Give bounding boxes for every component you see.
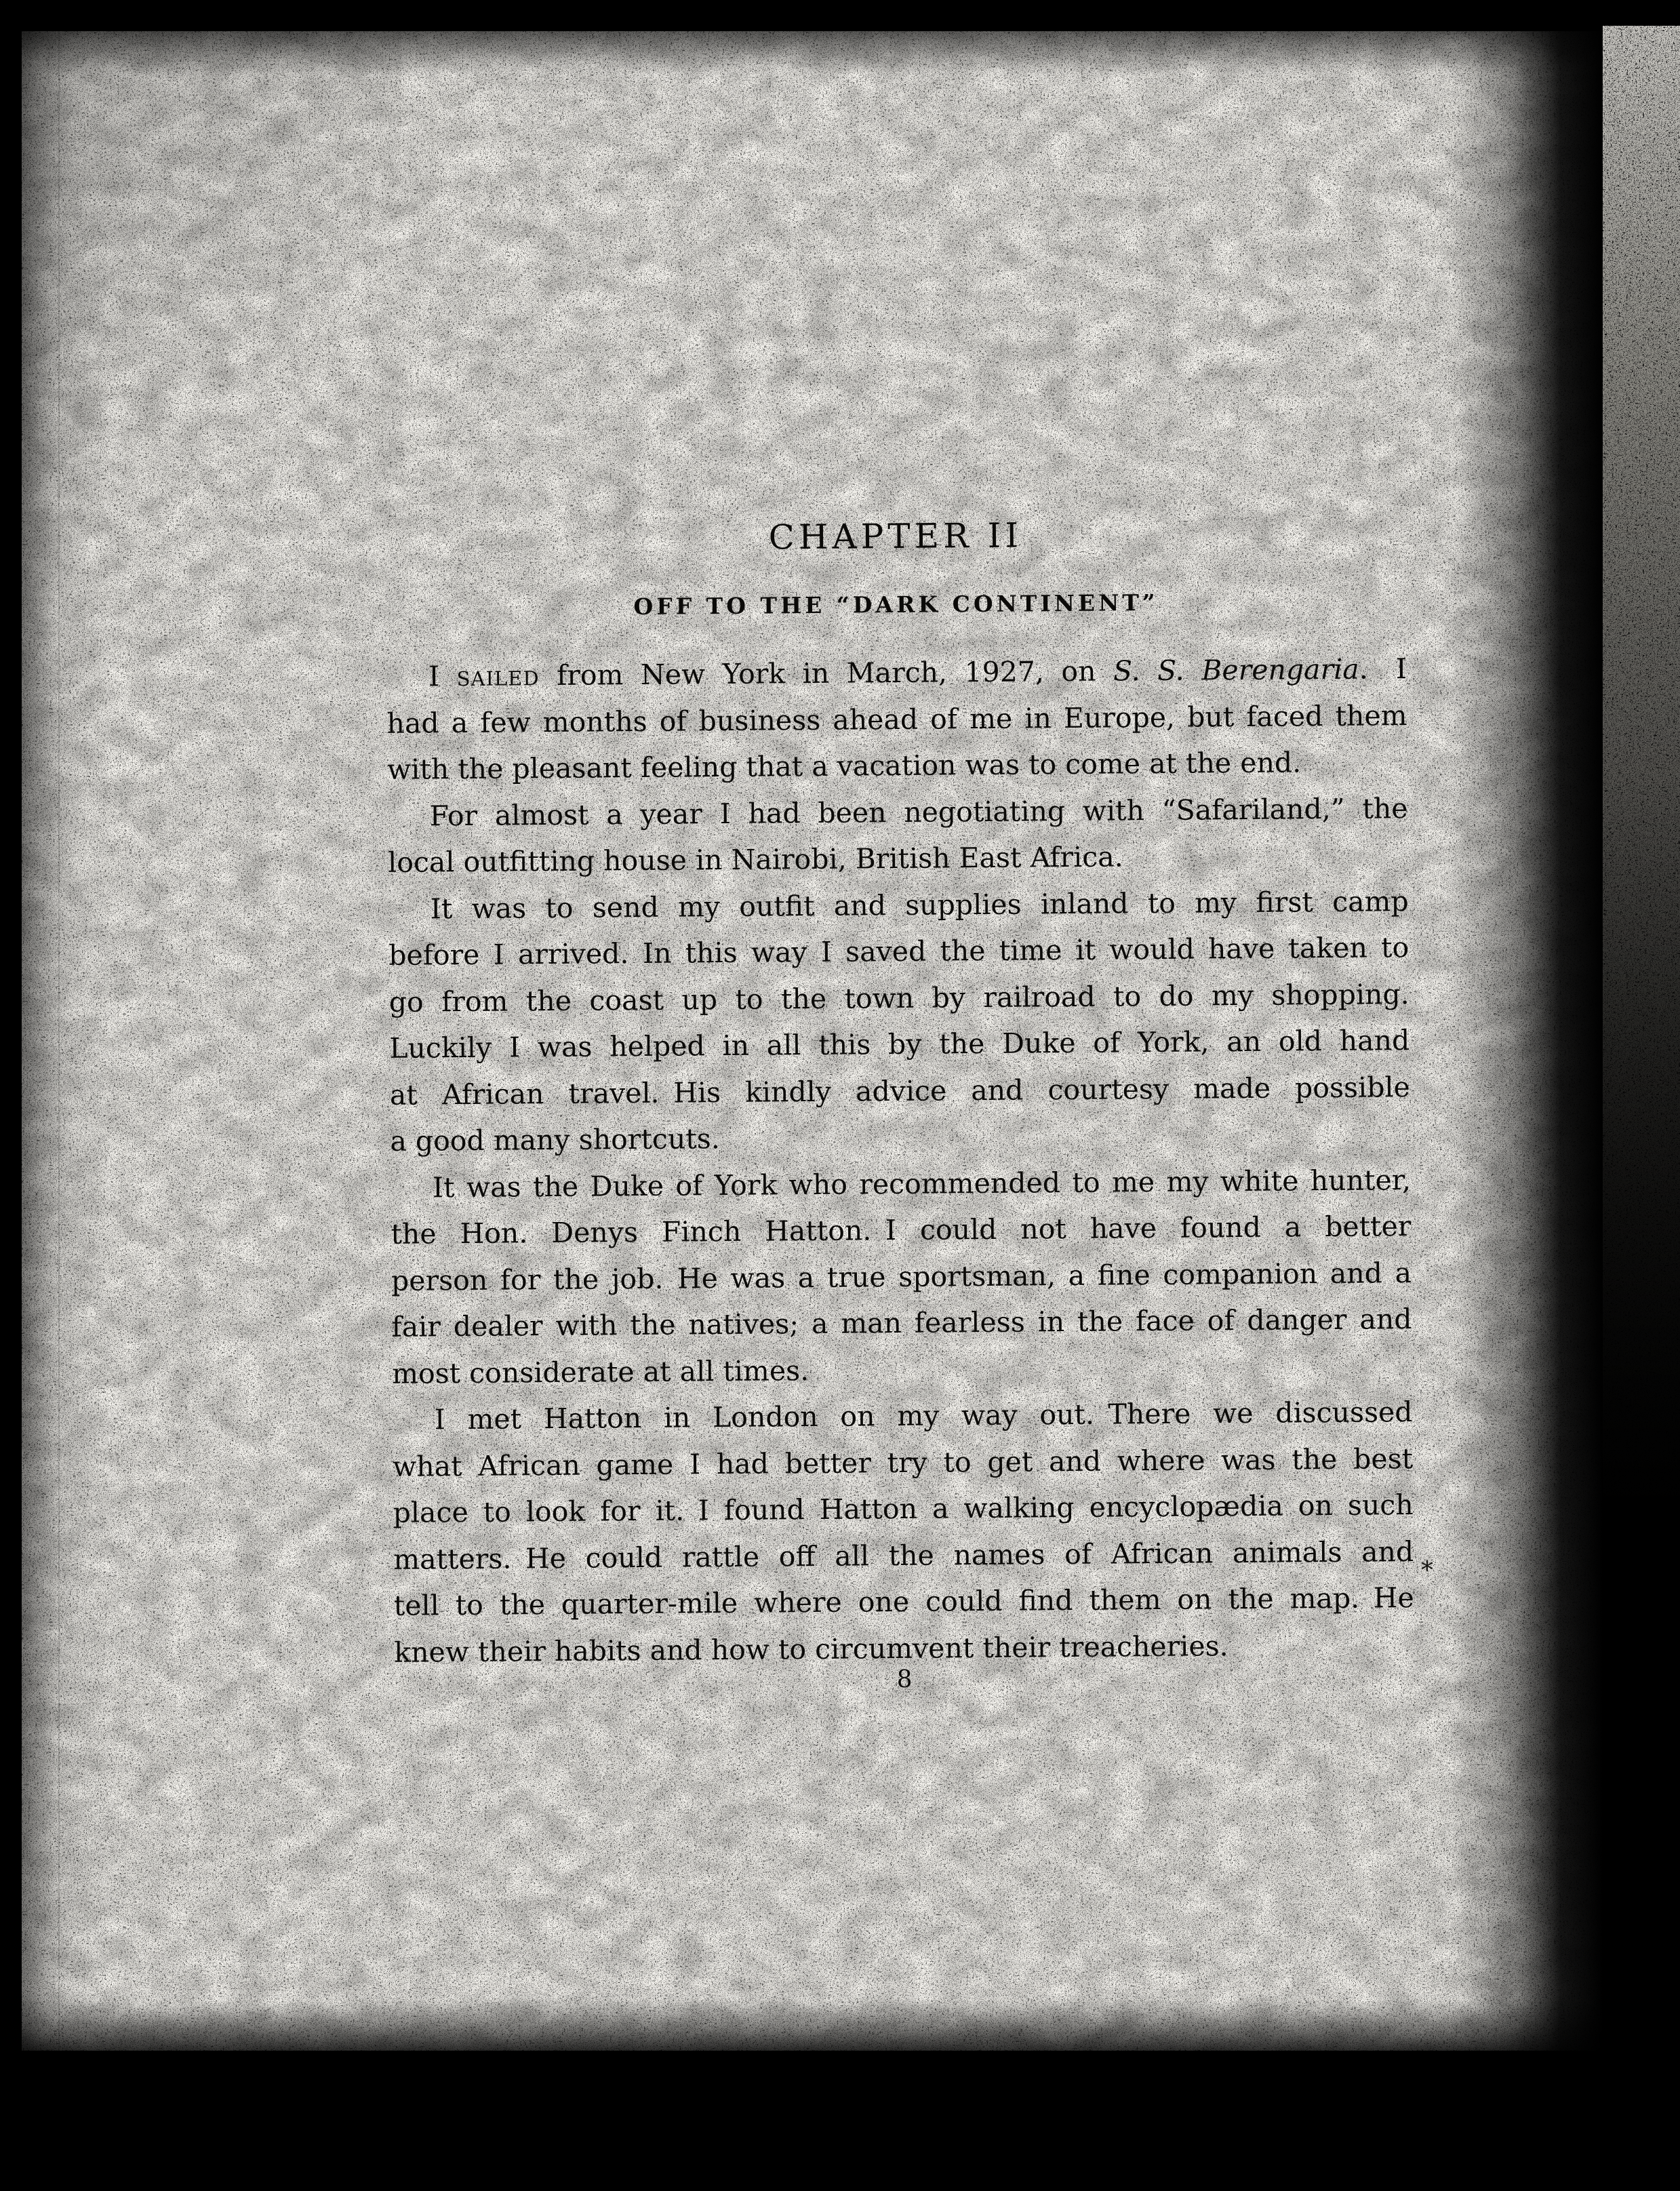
text-line: I met Hatton in London on my way out. Th… xyxy=(392,1389,1412,1443)
text-line: had a few months of business ahead of me… xyxy=(386,692,1407,747)
text-line: before I arrived. In this way I saved th… xyxy=(388,924,1409,979)
scanned-book-page: CHAPTER II OFF TO THE “DARK CONTINENT” I… xyxy=(0,0,1680,2191)
text-line: I sailed from New York in March, 1927, o… xyxy=(386,646,1407,700)
text-line: Luckily I was helped in all this by the … xyxy=(389,1017,1409,1071)
text-block: CHAPTER II OFF TO THE “DARK CONTINENT” I… xyxy=(385,513,1415,1699)
chapter-heading: CHAPTER II xyxy=(385,513,1405,560)
text-line: For almost a year I had been negotiating… xyxy=(387,785,1407,840)
text-line: at African travel. His kindly advice and… xyxy=(390,1064,1410,1118)
margin-pencil-mark: * xyxy=(1421,1557,1433,1585)
text-line: fair dealer with the natives; a man fear… xyxy=(391,1296,1412,1350)
page-fold-line xyxy=(58,31,60,2051)
text-line: most considerate at all times. xyxy=(392,1343,1412,1397)
text-line: matters. He could rattle off all the nam… xyxy=(393,1528,1414,1583)
text-line: the Hon. Denys Finch Hatton. I could not… xyxy=(391,1203,1411,1257)
text-line: It was the Duke of York who recommended … xyxy=(391,1157,1411,1211)
adjacent-page-edge xyxy=(1603,26,1680,1897)
text-line: place to look for it. I found Hatton a w… xyxy=(393,1482,1413,1536)
text-line: local outfitting house in Nairobi, Briti… xyxy=(388,831,1408,886)
text-line: tell to the quarter-mile where one could… xyxy=(394,1575,1414,1629)
chapter-subtitle: OFF TO THE “DARK CONTINENT” xyxy=(386,587,1406,623)
text-line: go from the coast up to the town by rail… xyxy=(389,971,1409,1025)
text-line: person for the job. He was a true sports… xyxy=(391,1250,1412,1304)
text-line: with the pleasant feeling that a vacatio… xyxy=(387,738,1407,793)
body-text: I sailed from New York in March, 1927, o… xyxy=(386,646,1415,1676)
text-line: It was to send my outfit and supplies in… xyxy=(388,878,1408,932)
text-line: a good many shortcuts. xyxy=(390,1110,1410,1164)
text-line: what African game I had better try to ge… xyxy=(393,1436,1413,1490)
